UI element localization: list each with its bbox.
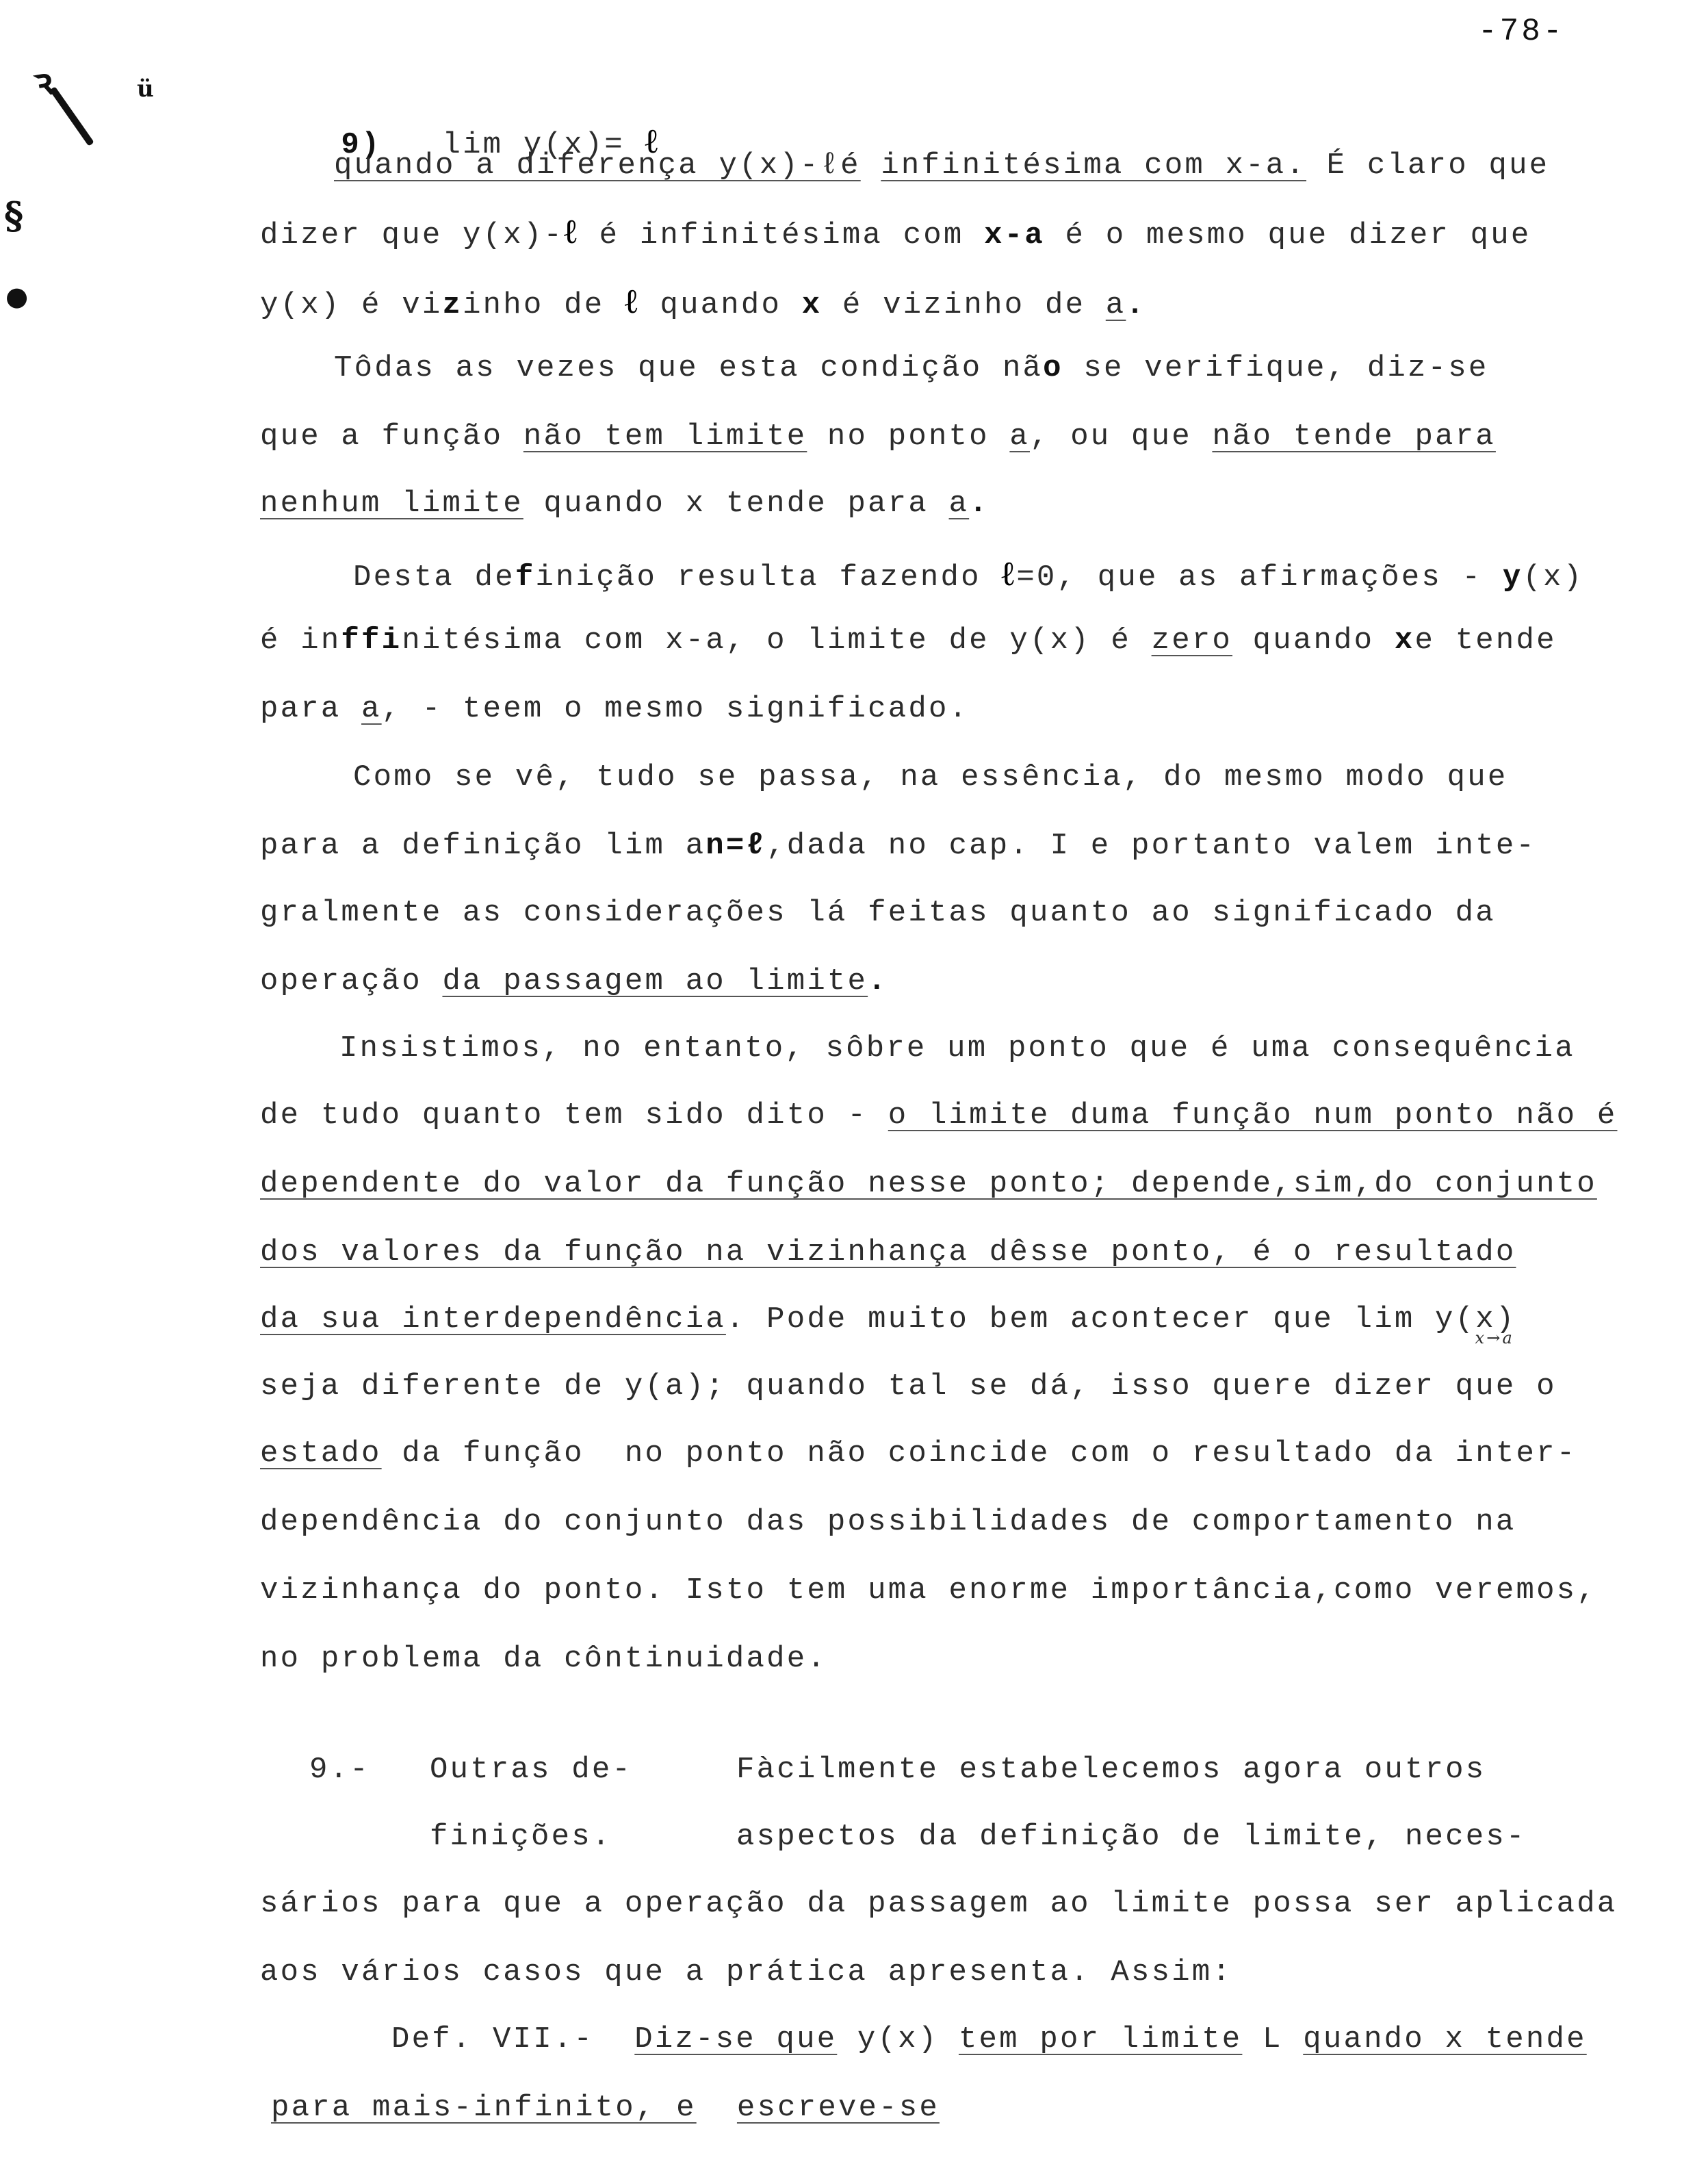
text-line: dizer que y(x)-ℓ é infinitésima com x-a …	[260, 211, 1531, 256]
text-line: que a função não tem limite no ponto a, …	[260, 416, 1496, 457]
limit-symbol: ℓ	[625, 281, 640, 321]
text-line: operação da passagem ao limite.	[260, 961, 888, 1002]
page-number: -78-	[1478, 14, 1564, 49]
limit-symbol: ℓ	[1001, 553, 1016, 593]
text-line: sários para que a operação da passagem a…	[260, 1883, 1618, 1924]
margin-ink-blot: ●	[5, 281, 28, 311]
margin-handwritten-mark: ꝛ	[30, 53, 57, 107]
section-title: finições.	[430, 1816, 612, 1857]
text-line: aos vários casos que a prática apresenta…	[260, 1952, 1232, 1993]
text-line: Insistimos, no entanto, sôbre um ponto q…	[339, 1028, 1575, 1069]
section-number: 9.-	[309, 1749, 370, 1790]
text-line: aspectos da definição de limite, neces-	[736, 1816, 1527, 1857]
text-line: seja diferente de y(a); quando tal se dá…	[260, 1366, 1557, 1407]
text-line: dependente do valor da função nesse pont…	[260, 1163, 1597, 1204]
margin-pen-stroke	[49, 86, 94, 146]
text-line: nenhum limite quando x tende para a.	[260, 483, 989, 524]
text-line: dos valores da função na vizinhança dêss…	[260, 1232, 1516, 1273]
text-line: Tôdas as vezes que esta condição não se …	[334, 348, 1488, 389]
text-line: é inffinitésima com x-a, o limite de y(x…	[260, 620, 1557, 661]
text-line: Fàcilmente estabelecemos agora outros	[736, 1749, 1486, 1790]
margin-handwritten-mark: ü	[137, 75, 154, 103]
text-line: estado da função no ponto não coincide c…	[260, 1433, 1577, 1474]
text-line: quando a diferença y(x)-ℓé infinitésima …	[334, 145, 1549, 186]
definition-line: Def. VII.- Diz-se que y(x) tem por limit…	[391, 2019, 1587, 2060]
section-title: Outras de-	[430, 1749, 632, 1790]
text-line: dependência do conjunto das possibilidad…	[260, 1501, 1516, 1543]
formula-line: 9) lim y(x)= ℓ	[260, 79, 660, 207]
definition-line: para mais-infinito, e escreve-se	[271, 2087, 940, 2128]
text-line: vizinhança do ponto. Isto tem uma enorme…	[260, 1570, 1597, 1611]
limit-subscript: x→a	[1475, 1328, 1514, 1348]
margin-ink-blot: §	[4, 198, 23, 233]
text-line: gralmente as considerações lá feitas qua…	[260, 892, 1496, 933]
text-line: Como se vê, tudo se passa, na essência, …	[353, 757, 1508, 798]
text-line: para a definição lim an=ℓ,dada no cap. I…	[260, 825, 1536, 866]
text-line: no problema da côntinuidade.	[260, 1638, 827, 1679]
text-line: de tudo quanto tem sido dito - o limite …	[260, 1095, 1618, 1136]
text-line: Desta definição resulta fazendo ℓ=0, que…	[353, 553, 1583, 598]
limit-symbol: ℓ	[564, 211, 579, 251]
text-line: para a, - teem o mesmo significado.	[260, 688, 969, 730]
text-line: y(x) é vizinho de ℓ quando x é vizinho d…	[260, 281, 1146, 326]
text-line: da sua interdependência. Pode muito bem …	[260, 1299, 1514, 1342]
